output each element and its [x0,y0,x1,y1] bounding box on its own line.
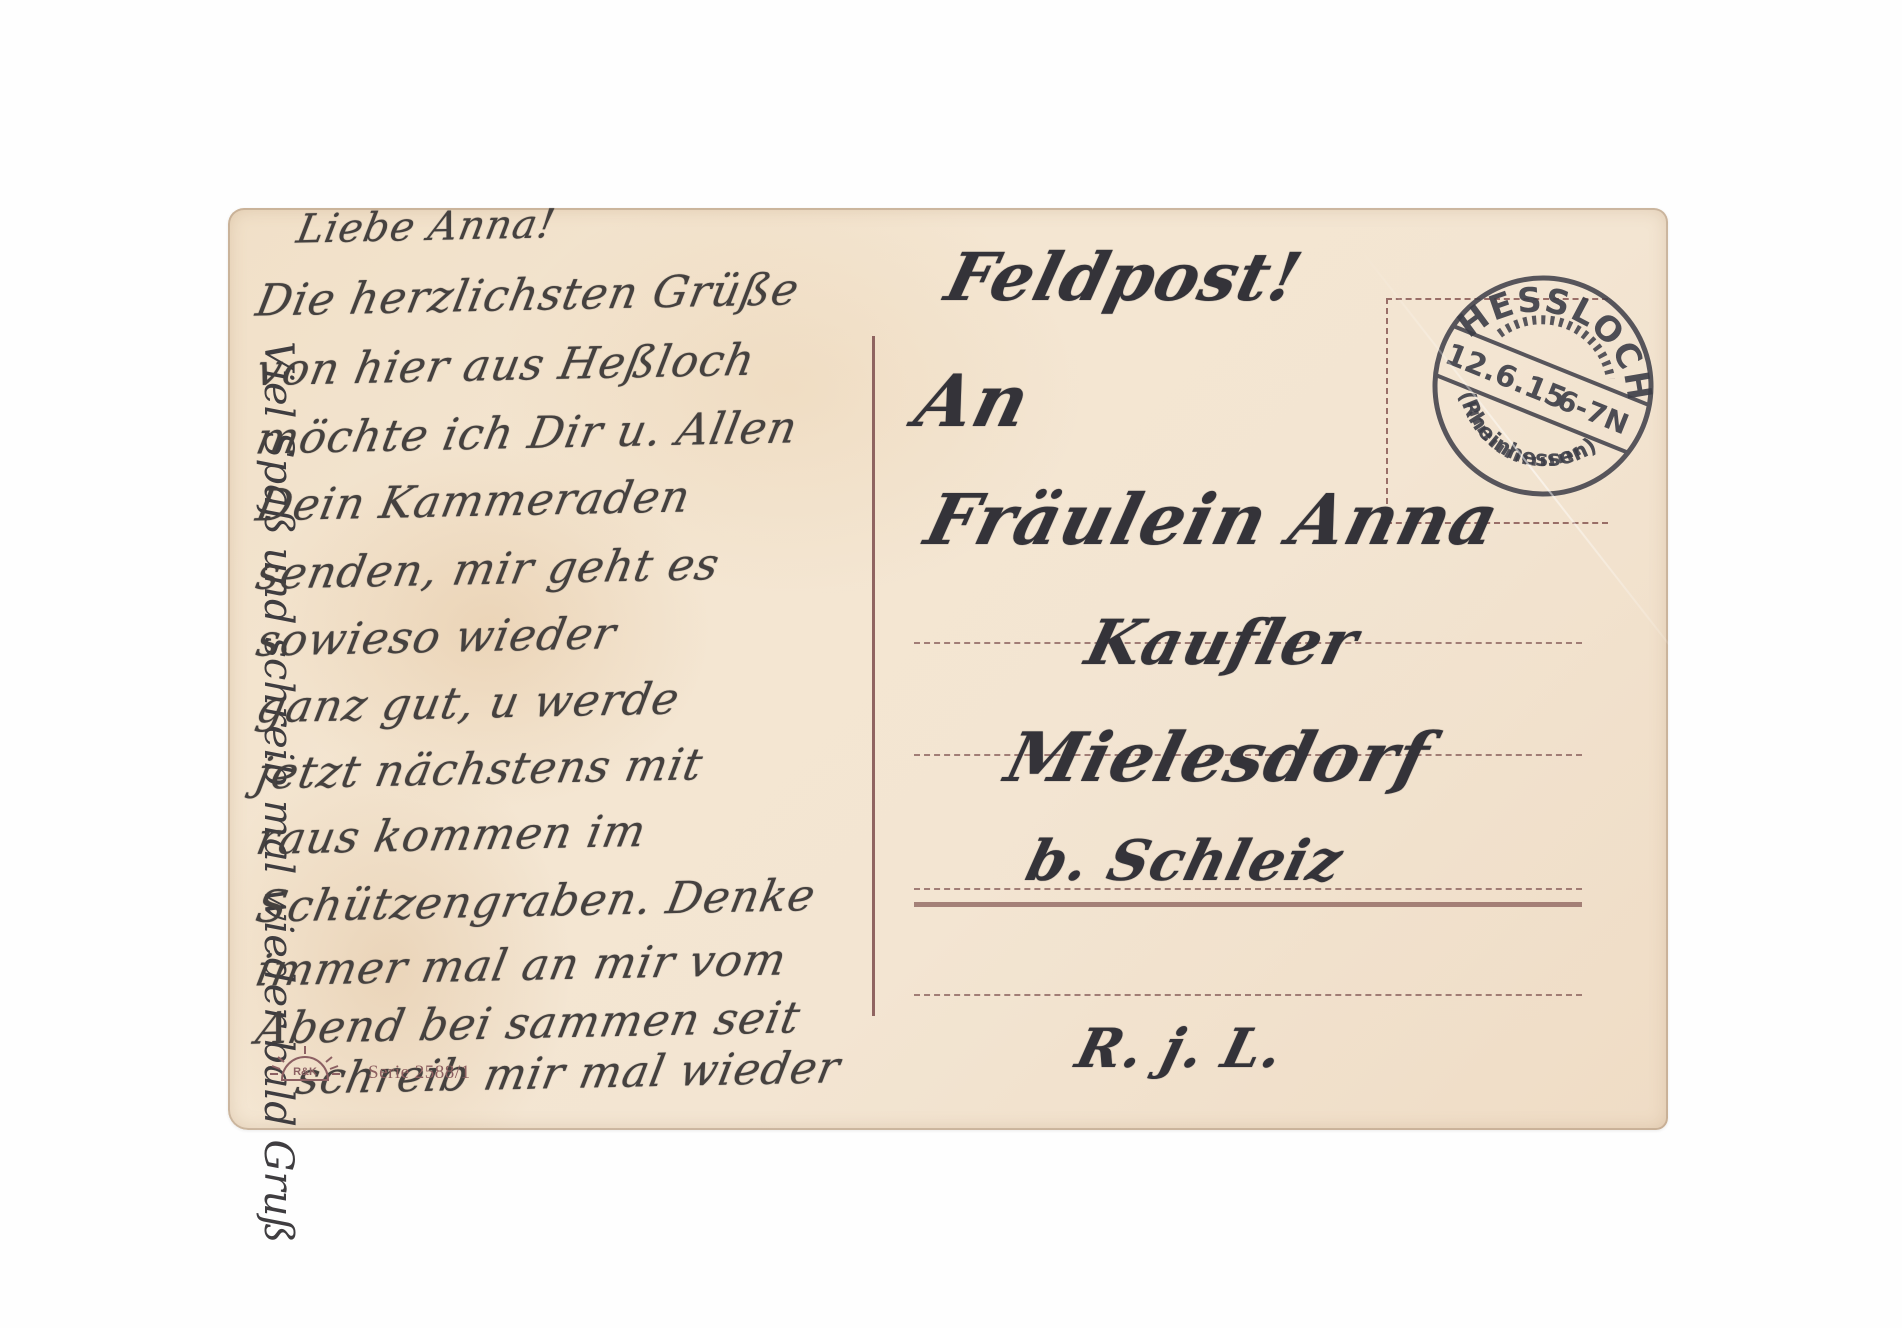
salutation: Liebe Anna! [293,201,559,252]
photo-background: Viel Spaß und schreib mal wieder bald Gr… [0,0,1902,1328]
address-line [914,994,1582,996]
recipient-town: Mielesdorf [998,718,1438,798]
message-line: möchte ich Dir u. Allen [252,402,802,464]
center-divider [872,336,875,1016]
message-line: ganz gut, u werde [252,674,684,734]
message-line: Dein Kammeraden [252,471,695,531]
printer-logo-text: R&K [293,1066,317,1078]
printer-series: Serie 2588/1 [368,1062,471,1084]
address-prefix: An [907,358,1038,443]
printer-logo-icon: R&K [268,1044,342,1084]
message-line: jetzt nächstens mit [252,739,707,799]
postcard: Viel Spaß und schreib mal wieder bald Gr… [228,208,1668,1130]
recipient-surname: Kaufler [1079,606,1366,679]
printer-imprint: R&K Serie 2588/1 [268,1044,471,1084]
feldpost-header: Feldpost! [938,238,1310,316]
message-line: senden, mir geht es [252,539,724,600]
recipient-district: b. Schleiz [1020,828,1350,894]
message-line: Schützengraben. Denke [252,870,820,933]
message-line: immer mal an mir vom [252,934,791,996]
recipient-region: R. j. L. [1070,1016,1290,1080]
recipient-name: Fräulein Anna [918,478,1508,561]
postmark-icon: HESSLOCH (Rheinhessen) 12.6.15 6-7N [1413,256,1673,516]
message-line: Die herzlichsten Grüße [252,264,804,326]
address-line-town [914,902,1582,907]
message-line: von hier aus Heßloch [252,335,759,396]
message-line: raus kommen im [252,806,650,865]
message-line: sowieso wieder [252,608,620,666]
